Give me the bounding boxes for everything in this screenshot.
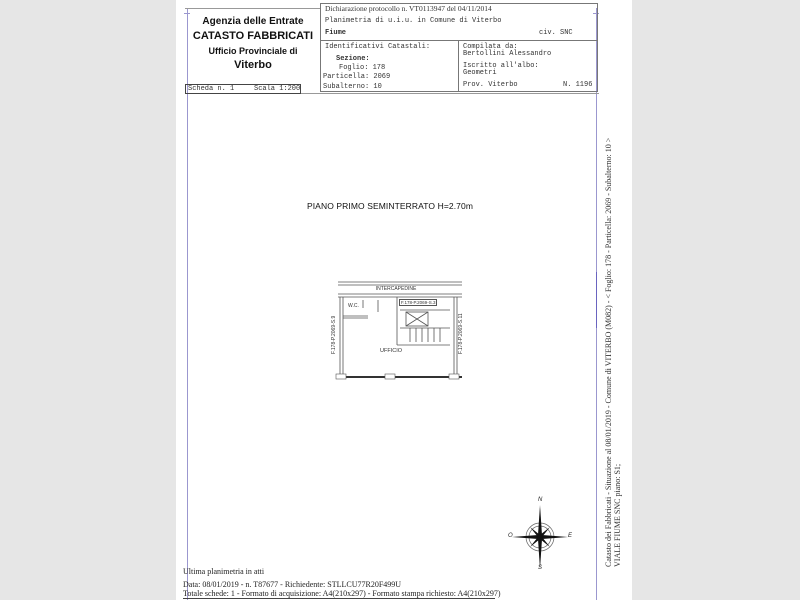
side-situation-text: Catasto dei Fabbricati - Situazione al 0… <box>604 138 613 567</box>
compass-south: S <box>538 565 542 571</box>
scheda-number: Scheda n. 1 <box>188 85 234 93</box>
compass-icon <box>508 495 572 571</box>
room-label-ufficio: UFFICIO <box>380 348 402 354</box>
footer-last-planimetria: Ultima planimetria in atti <box>183 567 264 576</box>
catasto-title: CATASTO FABBRICATI <box>186 30 320 42</box>
albo-value: Geometri <box>463 69 497 77</box>
scheda-box: Scheda n. 1 Scala 1:200 <box>185 84 301 94</box>
ref-left-label: F.178-P.2069-S.9 <box>331 316 337 354</box>
sezione-field: Sezione: <box>336 55 370 63</box>
compass-rose: N S E O <box>508 495 572 571</box>
compass-west: O <box>508 533 513 539</box>
agency-header: Agenzia delle Entrate CATASTO FABBRICATI… <box>186 8 320 84</box>
intercapedine-label: INTERCAPEDINE <box>330 286 462 292</box>
address-text: Fiume <box>325 29 346 37</box>
prov-text: Prov. Viterbo <box>463 81 518 89</box>
compiler-name: Bertollini Alessandro <box>463 50 551 58</box>
registration-number: N. 1196 <box>563 81 592 89</box>
identifiers-title: Identificativi Catastali: <box>325 43 430 51</box>
agency-name: Agenzia delle Entrate <box>186 16 320 27</box>
footer-underline <box>183 598 495 599</box>
ref-top-label: F.178-P.2069-S.3 <box>399 299 437 306</box>
wc-label: W.C. <box>348 303 359 309</box>
declaration-box: Dichiarazione protocollo n. VT0113947 de… <box>320 3 598 41</box>
drawing-frame-top <box>301 93 599 94</box>
ref-right-label: F.178-P.2069-S.11 <box>458 313 464 354</box>
declaration-text: Dichiarazione protocollo n. VT0113947 de… <box>325 4 492 13</box>
compass-east: E <box>568 533 572 539</box>
footer-format-info: Totale schede: 1 - Formato di acquisizio… <box>183 589 501 598</box>
side-address-text: VIALE FIUME SNC piano: S1; <box>613 464 622 567</box>
side-stamp-line <box>596 272 597 328</box>
office-label: Ufficio Provinciale di <box>186 46 320 56</box>
footer-request-info: Data: 08/01/2019 - n. T87677 - Richieden… <box>183 580 401 589</box>
civ-text: civ. SNC <box>539 29 573 37</box>
office-city: Viterbo <box>186 59 320 71</box>
compass-north: N <box>538 497 542 503</box>
plan-title: PIANO PRIMO SEMINTERRATO H=2.70m <box>290 201 490 211</box>
subalterno-field: Subalterno: 10 <box>323 83 382 91</box>
compiler-box: Compilata da: Bertollini Alessandro Iscr… <box>458 40 598 92</box>
foglio-field: Foglio: 178 <box>339 64 385 72</box>
planimetria-text: Planimetria di u.i.u. in Comune di Viter… <box>325 17 501 25</box>
identifiers-box: Identificativi Catastali: Sezione: Fogli… <box>320 40 459 92</box>
floor-plan-drawing <box>330 280 462 380</box>
floor-plan: INTERCAPEDINE W.C. F.178-P.2069-S.3 UFFI… <box>330 280 462 380</box>
left-margin-line <box>187 8 188 600</box>
particella-field: Particella: 2069 <box>323 73 390 81</box>
scale-text: Scala 1:200 <box>254 85 300 93</box>
